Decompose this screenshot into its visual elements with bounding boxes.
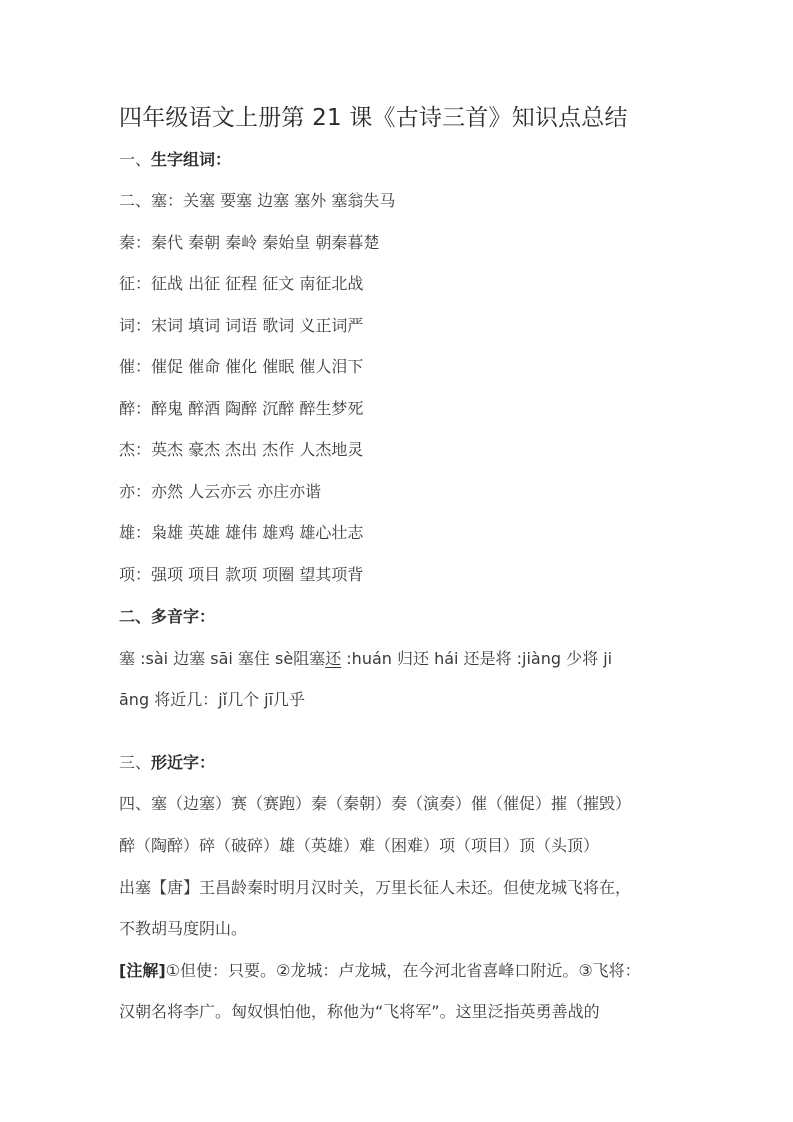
similar-chars-line: 四、塞（边塞）赛（赛跑）秦（秦朝）奏（演奏）催（催促）摧（摧毁）	[119, 792, 631, 816]
section-heading-polyphonic: 二、多音字：	[119, 605, 215, 629]
word-group-line: 词：宋词 填词 词语 歌词 义正词严	[119, 314, 363, 338]
word-group-line: 项：强项 项目 款项 项圈 望其项背	[119, 563, 363, 587]
section-number: 一、	[119, 150, 151, 169]
section-title: 多音字：	[151, 607, 215, 626]
word-group-line: 二、塞：关塞 要塞 边塞 塞外 塞翁失马	[119, 189, 395, 213]
word-group-line: 秦：秦代 秦朝 秦岭 秦始皇 朝秦暮楚	[119, 231, 379, 255]
section-title: 生字组词：	[151, 150, 231, 169]
polyphonic-line: āng 将近几：jǐ几个 jī几乎	[119, 688, 305, 712]
document-title: 四年级语文上册第 21 课《古诗三首》知识点总结	[119, 101, 628, 135]
word-group-line: 杰：英杰 豪杰 杰出 杰作 人杰地灵	[119, 438, 363, 462]
section-number: 三、	[119, 753, 151, 772]
word-group-line: 征：征战 出征 征程 征文 南征北战	[119, 272, 363, 296]
similar-chars-line: 醉（陶醉）碎（破碎）雄（英雄）难（困难）项（项目）顶（头顶）	[119, 834, 599, 858]
notes-text: ①但使：只要。②龙城：卢龙城，在今河北省喜峰口附近。③飞将：	[166, 961, 641, 980]
notes-line: 汉朝名将李广。匈奴惧怕他，称他为“飞将军”。这里泛指英勇善战的	[119, 1000, 600, 1024]
polyphonic-text: 塞 :sài 边塞 sāi 塞住 sè阻塞	[119, 649, 325, 668]
polyphonic-underlined-char: 还	[325, 649, 341, 668]
polyphonic-text: :huán 归还 hái 还是将 :jiàng 少将 ji	[341, 649, 612, 668]
section-number: 二、	[119, 607, 151, 626]
poem-line: 出塞【唐】王昌龄秦时明月汉时关，万里长征人未还。但使龙城飞将在，	[119, 876, 631, 900]
section-title: 形近字：	[151, 753, 215, 772]
word-group-line: 醉：醉鬼 醉酒 陶醉 沉醉 醉生梦死	[119, 397, 363, 421]
word-group-line: 雄：枭雄 英雄 雄伟 雄鸡 雄心壮志	[119, 521, 363, 545]
notes-label: [注解]	[119, 961, 166, 980]
word-group-line: 亦：亦然 人云亦云 亦庄亦谐	[119, 480, 321, 504]
section-heading-similar-chars: 三、形近字：	[119, 751, 215, 775]
section-heading-vocabulary: 一、生字组词：	[119, 148, 231, 172]
word-group-line: 催：催促 催命 催化 催眠 催人泪下	[119, 355, 363, 379]
notes-line: [注解]①但使：只要。②龙城：卢龙城，在今河北省喜峰口附近。③飞将：	[119, 959, 641, 983]
poem-line: 不教胡马度阴山。	[119, 917, 247, 941]
polyphonic-line: 塞 :sài 边塞 sāi 塞住 sè阻塞还 :huán 归还 hái 还是将 …	[119, 647, 612, 671]
